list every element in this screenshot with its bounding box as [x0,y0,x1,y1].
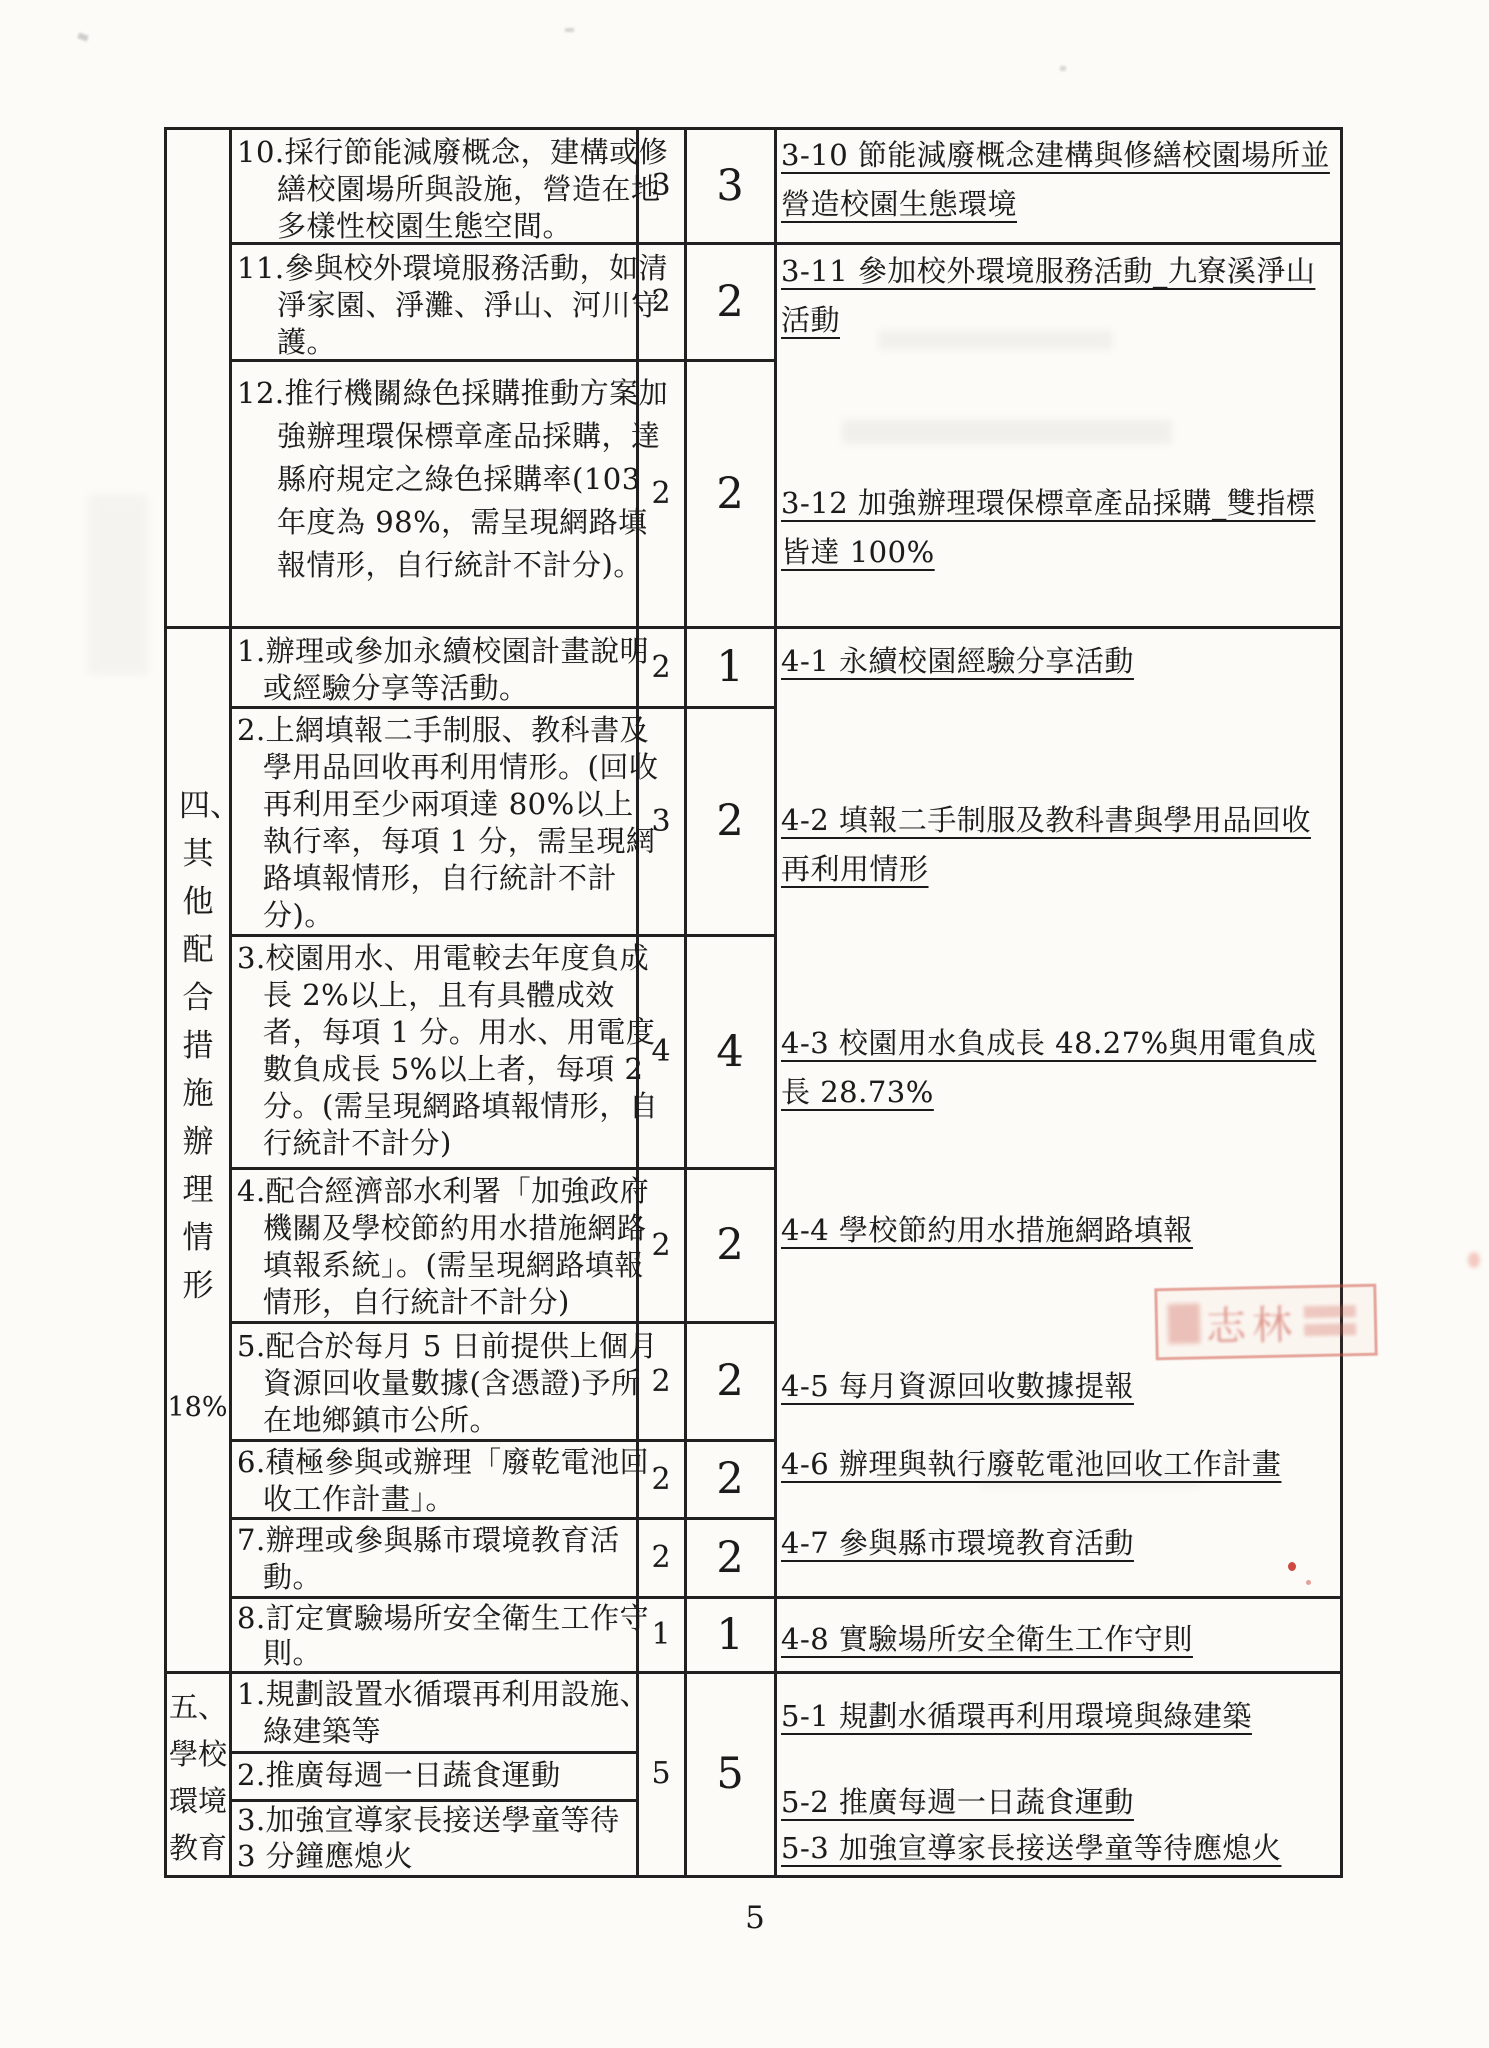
awarded-score-3-12: 2 [685,360,775,627]
scan-ghost-text [842,420,1172,444]
item-text-4-4: 4.配合經濟部水利署「加強政府機關及學校節約用水措施網路填報系統」。(需呈現網路… [237,1173,659,1321]
evidence-4-7: 4-7 參與縣市環境教育活動 [781,1519,1339,1568]
evidence-4-3: 4-3 校園用水負成長 48.27%與用電負成長 28.73% [781,1019,1339,1117]
scan-ghost-text [980,1470,1200,1488]
grid-line [229,128,232,1878]
awarded-score-4-1: 1 [685,627,775,707]
scan-artifact [77,32,88,41]
self-score-4-6: 2 [637,1440,685,1518]
item-text-4-8: 8.訂定實驗場所安全衛生工作守則。 [237,1601,659,1671]
grid-line [229,1596,1343,1599]
item-text-4-3: 3.校園用水、用電較去年度負成長 2%以上，且有具體成效者，每項 1 分。用水、… [237,940,659,1162]
awarded-score-3-11: 2 [685,243,775,360]
category-section5-label: 五、學校環境教育 [166,1684,230,1872]
evidence-5-3: 5-3 加強宣導家長接送學童等待應熄火 [781,1824,1339,1873]
grid-line [164,128,167,1878]
evidence-5-1: 5-1 規劃水循環再利用環境與綠建築 [781,1692,1339,1741]
self-score-5: 5 [637,1672,685,1875]
category-section4-label: 四、其他配合措施辦理情形 [179,782,217,1310]
awarded-score-4-8: 1 [685,1597,775,1672]
item-text-4-7: 7.辦理或參與縣市環境教育活動。 [237,1522,659,1596]
awarded-score-4-6: 2 [685,1440,775,1518]
self-score-4-1: 2 [637,627,685,707]
item-text-3-12: 12.推行機關綠色採購推動方案加強辦理環保標章產品採購，達縣府規定之綠色採購率(… [237,372,673,587]
stamp-text: 志林 [1205,1293,1298,1352]
self-score-3-12: 2 [637,360,685,627]
awarded-score-4-3: 4 [685,935,775,1168]
item-text-5-3: 3.加強宣導家長接送學童等待 3 分鐘應熄火 [237,1802,633,1874]
awarded-score-4-5: 2 [685,1322,775,1440]
red-approval-stamp: 志林 [1154,1284,1377,1361]
self-score-3-10: 3 [637,128,685,243]
evidence-4-1: 4-1 永續校園經驗分享活動 [781,637,1339,686]
item-text-5-2: 2.推廣每週一日蔬食運動 [237,1757,659,1794]
category-section4-percent: 18% [165,1392,230,1423]
scan-ghost-text [88,495,148,675]
self-score-4-7: 2 [637,1518,685,1597]
awarded-score-5: 5 [685,1672,775,1875]
stamp-illegible-glyph [1168,1303,1201,1344]
evidence-4-4: 4-4 學校節約用水措施網路填報 [781,1206,1339,1255]
scan-artifact [565,28,574,32]
scan-ghost-text [878,330,1113,350]
scanned-document-page: 四、其他配合措施辦理情形 18% 五、學校環境教育 10.採行節能減廢概念，建構… [0,0,1489,2048]
self-score-3-11: 2 [637,243,685,360]
evidence-4-8: 4-8 實驗場所安全衛生工作守則 [781,1615,1339,1664]
self-score-4-5: 2 [637,1322,685,1440]
red-ink-dot [1306,1580,1311,1585]
awarded-score-4-2: 2 [685,707,775,935]
item-text-3-11: 11.參與校外環境服務活動，如清淨家園、淨灘、淨山、河川守護。 [237,250,673,361]
awarded-score-4-7: 2 [685,1518,775,1597]
evidence-3-12: 3-12 加強辦理環保標章產品採購_雙指標皆達 100% [781,479,1339,577]
item-text-3-10: 10.採行節能減廢概念，建構或修繕校園場所與設施，營造在地多樣性校園生態空間。 [237,134,673,245]
item-text-4-2: 2.上網填報二手制服、教科書及學用品回收再利用情形。(回收再利用至少兩項達 80… [237,712,659,934]
grid-line [164,1875,1343,1878]
grid-line [1340,128,1343,1878]
item-text-4-1: 1.辦理或參加永續校園計畫說明或經驗分享等活動。 [237,633,659,707]
self-score-4-2: 3 [637,707,685,935]
evidence-4-2: 4-2 填報二手制服及教科書與學用品回收再利用情形 [781,796,1339,894]
red-ink-smudge [1468,1252,1480,1268]
scan-artifact [1060,66,1066,71]
evidence-4-5: 4-5 每月資源回收數據提報 [781,1362,1339,1411]
item-text-5-1: 1.規劃設置水循環再利用設施、綠建築等 [237,1676,659,1750]
page-number: 5 [700,1900,810,1936]
item-text-4-6: 6.積極參與或辦理「廢乾電池回收工作計畫」。 [237,1444,659,1518]
self-score-4-4: 2 [637,1168,685,1322]
awarded-score-4-4: 2 [685,1168,775,1322]
grid-line [229,1751,639,1754]
self-score-4-3: 4 [637,935,685,1168]
item-text-4-5: 5.配合於每月 5 日前提供上個月資源回收量數據(含憑證)予所在地鄉鎮市公所。 [237,1328,659,1439]
stamp-small-marks [1304,1305,1357,1336]
evidence-5-2: 5-2 推廣每週一日蔬食運動 [781,1778,1339,1827]
red-ink-dot [1288,1562,1296,1571]
awarded-score-3-10: 3 [685,128,775,243]
self-score-4-8: 1 [637,1597,685,1672]
evidence-3-10: 3-10 節能減廢概念建構與修繕校園場所並營造校園生態環境 [781,131,1339,229]
